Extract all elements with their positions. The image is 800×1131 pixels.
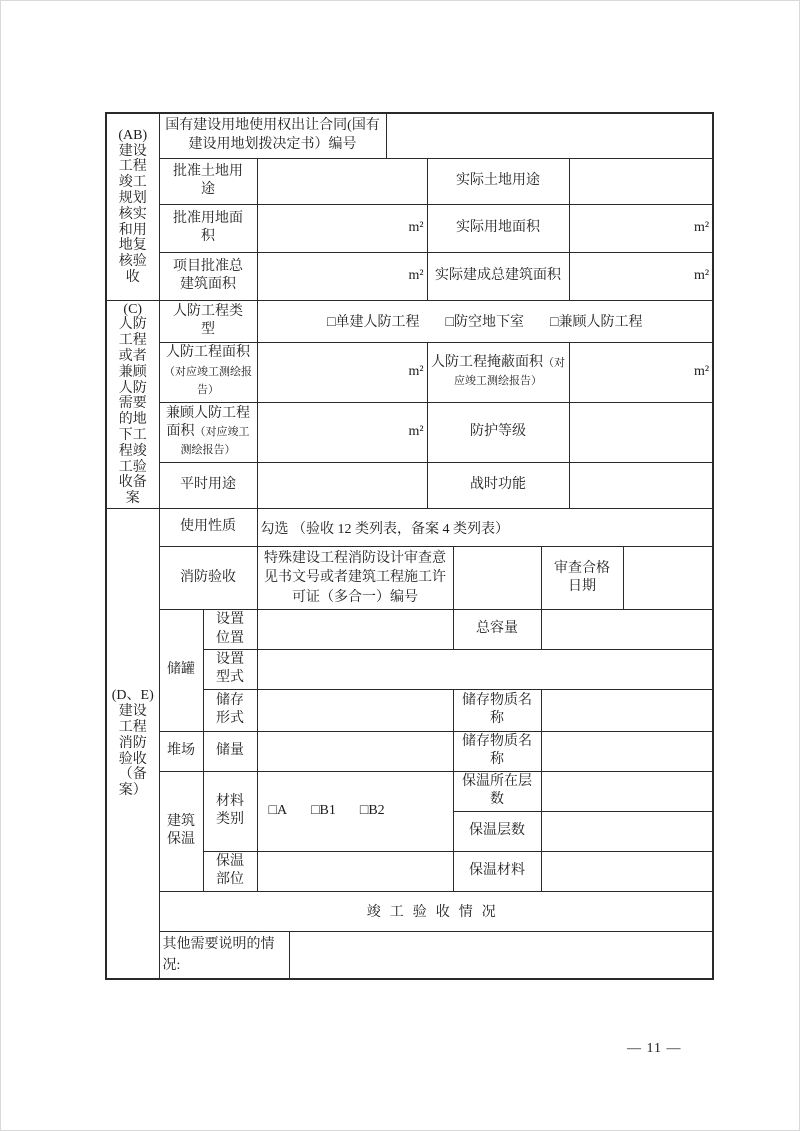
acceptance-form-table: (AB) 建设 工程 竣工 规划 核实 和用 地复 核验 收 国有建设用地使用权… [105,112,714,980]
actual-total-floor-area-value: m² [569,252,713,300]
civil-defense-type-options: □单建人防工程 □防空地下室 □兼顾人防工程 [257,300,713,342]
protection-level-label: 防护等级 [427,402,569,462]
actual-land-use-value [569,158,713,204]
row-land-use: 批准土地用 途 实际土地用途 [106,158,713,204]
fire-doc-number-label: 特殊建设工程消防设计审查意见书文号或者建筑工程施工许可证（多合一）编号 [257,547,453,610]
actual-total-floor-area-label: 实际建成总建筑面积 [427,252,569,300]
total-capacity-label: 总容量 [453,610,541,650]
yard-group-label: 堆场 [159,731,203,771]
wartime-function-label: 战时功能 [427,462,569,508]
civil-defense-shelter-area-label: 人防工程掩蔽面积（对应竣工测绘报告） [427,342,569,402]
tank-form-label: 设置 型式 [203,650,257,690]
insulation-floor-label: 保温所在层 数 [453,771,541,811]
storage-form-label: 储存 形式 [203,689,257,731]
tank-form-value [257,650,713,690]
insulation-material-value [541,851,713,891]
combined-civil-defense-area-label: 兼顾人防工程面积（对应竣工测绘报告） [159,402,257,462]
civil-defense-type-label: 人防工程类 型 [159,300,257,342]
yard-storage-value [257,731,453,771]
row-land-area: 批准用地面 积 m² 实际用地面积 m² [106,204,713,252]
row-insulation-floor: 建筑 保温 材料 类别 □A □B1 □B2 保温所在层 数 [106,771,713,811]
row-civil-defense-area: 人防工程面积（对应竣工测绘报告） m² 人防工程掩蔽面积（对应竣工测绘报告） m… [106,342,713,402]
row-usage-nature: (D、E) 建设 工程 消防 验收 （备 案） 使用性质 勾选 （验收 12 类… [106,509,713,547]
contract-number-value [386,113,713,158]
insulation-layers-label: 保温层数 [453,811,541,851]
row-civil-defense-type: (C) 人防 工程 或者 兼顾 人防 需要 的地 下工 程竣 工验 收备 案 人… [106,300,713,342]
total-capacity-value [541,610,713,650]
civil-defense-area-label-note: （对应竣工测绘报告） [164,366,252,396]
row-tank-location: 储罐 设置 位置 总容量 [106,610,713,650]
insulation-part-label: 保温 部位 [203,851,257,891]
other-notes-label: 其他需要说明的情况: [159,931,289,979]
material-category-options-group: □A □B1 □B2 [261,803,450,819]
civil-defense-area-label-main: 人防工程面积 [166,345,250,360]
civil-defense-area-label: 人防工程面积（对应竣工测绘报告） [159,342,257,402]
row-contract-number: (AB) 建设 工程 竣工 规划 核实 和用 地复 核验 收 国有建设用地使用权… [106,113,713,158]
section-ab-header: (AB) 建设 工程 竣工 规划 核实 和用 地复 核验 收 [106,113,159,300]
approved-land-area-value: m² [257,204,427,252]
contract-number-label: 国有建设用地使用权出让合同(国有建设用地划拨决定书）编号 [159,113,386,158]
row-combined-civil-defense-area: 兼顾人防工程面积（对应竣工测绘报告） m² 防护等级 [106,402,713,462]
yard-storage-label: 储量 [203,731,257,771]
review-pass-date-label: 审查合格 日期 [541,547,623,610]
approved-total-floor-area-label: 项目批准总 建筑面积 [159,252,257,300]
fire-acceptance-label: 消防验收 [159,547,257,610]
checkbox-material-b2: □B2 [360,803,385,819]
peacetime-use-value [257,462,427,508]
row-fire-acceptance: 消防验收 特殊建设工程消防设计审查意见书文号或者建筑工程施工许可证（多合一）编号… [106,547,713,610]
tank-location-label: 设置 位置 [203,610,257,650]
peacetime-use-label: 平时用途 [159,462,257,508]
material-category-options: □A □B1 □B2 [257,771,453,851]
storage-substance-label-yard: 储存物质名 称 [453,731,541,771]
combined-civil-defense-area-value: m² [257,402,427,462]
insulation-layers-value [541,811,713,851]
wartime-function-value [569,462,713,508]
insulation-part-value [257,851,453,891]
tank-location-value [257,610,453,650]
checkbox-standalone-civil-defense: □单建人防工程 [327,311,419,331]
completion-status-label: 竣工验收情况 [159,891,713,931]
civil-defense-area-value: m² [257,342,427,402]
storage-substance-label-tank: 储存物质名 称 [453,689,541,731]
actual-land-use-label: 实际土地用途 [427,158,569,204]
civil-defense-type-options-group: □单建人防工程 □防空地下室 □兼顾人防工程 [261,311,710,331]
approved-total-floor-area-value: m² [257,252,427,300]
approved-land-area-label: 批准用地面 积 [159,204,257,252]
actual-land-area-value: m² [569,204,713,252]
civil-defense-shelter-area-value: m² [569,342,713,402]
material-category-label: 材料 类别 [203,771,257,851]
page-number: — 11 — [627,1041,681,1057]
storage-substance-value-tank [541,689,713,731]
tank-group-label: 储罐 [159,610,203,732]
usage-nature-value: 勾选 （验收 12 类列表，备案 4 类列表） [257,509,713,547]
checkbox-combined-civil-defense: □兼顾人防工程 [550,311,642,331]
section-c-header: (C) 人防 工程 或者 兼顾 人防 需要 的地 下工 程竣 工验 收备 案 [106,300,159,509]
approved-land-use-value [257,158,427,204]
row-total-floor-area: 项目批准总 建筑面积 m² 实际建成总建筑面积 m² [106,252,713,300]
document-page: (AB) 建设 工程 竣工 规划 核实 和用 地复 核验 收 国有建设用地使用权… [0,0,800,1131]
section-de-header: (D、E) 建设 工程 消防 验收 （备 案） [106,509,159,980]
row-peacetime-use: 平时用途 战时功能 [106,462,713,508]
civil-defense-shelter-area-label-main: 人防工程掩蔽面积 [431,355,543,370]
insulation-floor-value [541,771,713,811]
review-pass-date-value [623,547,713,610]
other-notes-value [289,931,713,979]
row-completion-status: 竣工验收情况 [106,891,713,931]
storage-form-value [257,689,453,731]
storage-substance-value-yard [541,731,713,771]
insulation-material-label: 保温材料 [453,851,541,891]
usage-nature-label: 使用性质 [159,509,257,547]
fire-doc-number-value [453,547,541,610]
approved-land-use-label: 批准土地用 途 [159,158,257,204]
checkbox-material-a: □A [269,803,288,819]
checkbox-material-b1: □B1 [311,803,336,819]
protection-level-value [569,402,713,462]
row-other-notes: 其他需要说明的情况: [106,931,713,979]
row-yard-storage: 堆场 储量 储存物质名 称 [106,731,713,771]
actual-land-area-label: 实际用地面积 [427,204,569,252]
checkbox-air-defense-basement: □防空地下室 [446,311,524,331]
insulation-group-label: 建筑 保温 [159,771,203,891]
